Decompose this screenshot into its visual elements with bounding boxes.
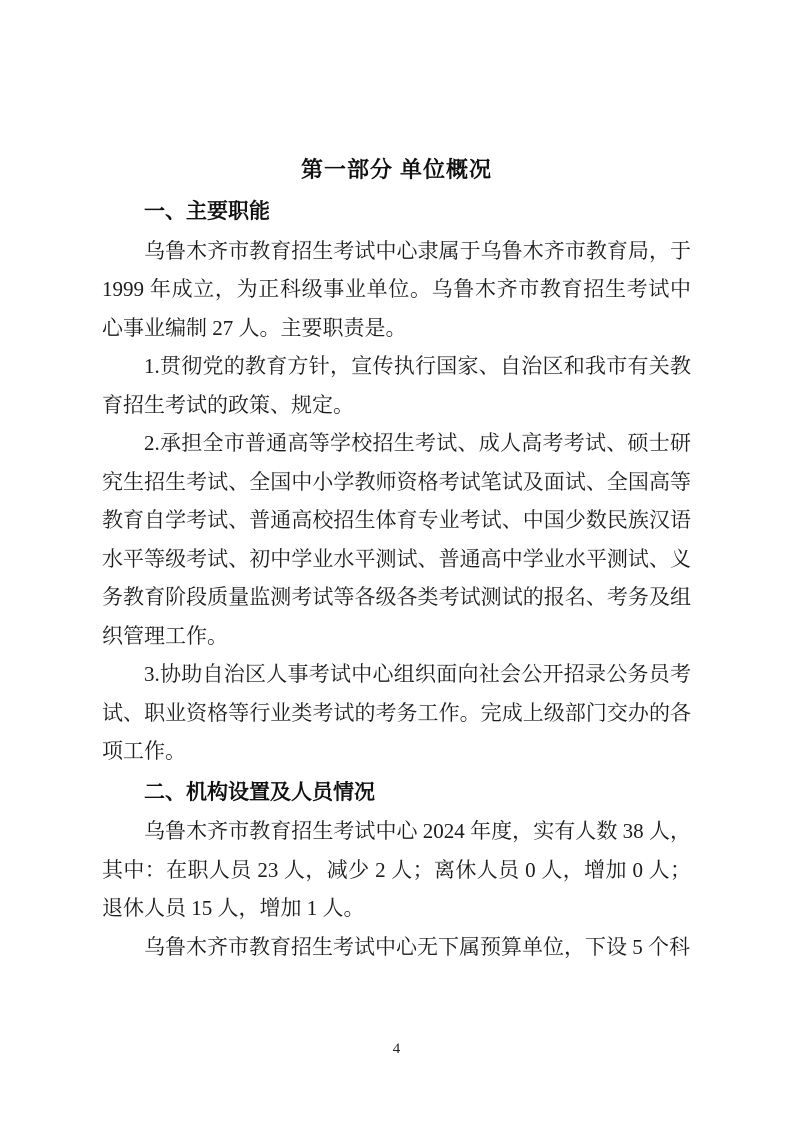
paragraph-duty-2: 2.承担全市普通高等学校招生考试、成人高考考试、硕士研究生招生考试、全国中小学教… bbox=[102, 424, 691, 655]
section-heading-organization-personnel: 二、机构设置及人员情况 bbox=[102, 774, 691, 813]
paragraph-duty-3: 3.协助自治区人事考试中心组织面向社会公开招录公务员考试、职业资格等行业类考试的… bbox=[102, 655, 691, 771]
section-heading-main-functions: 一、主要职能 bbox=[102, 193, 691, 232]
document-page: 第一部分 单位概况 一、主要职能 乌鲁木齐市教育招生考试中心隶属于乌鲁木齐市教育… bbox=[0, 0, 793, 1122]
paragraph-center-intro: 乌鲁木齐市教育招生考试中心隶属于乌鲁木齐市教育局，于 1999 年成立，为正科级… bbox=[102, 232, 691, 348]
document-title: 第一部分 单位概况 bbox=[102, 151, 691, 189]
paragraph-personnel-stats: 乌鲁木齐市教育招生考试中心 2024 年度，实有人数 38 人，其中：在职人员 … bbox=[102, 812, 691, 928]
page-number: 4 bbox=[0, 1040, 793, 1058]
paragraph-duty-1: 1.贯彻党的教育方针，宣传执行国家、自治区和我市有关教育招生考试的政策、规定。 bbox=[102, 347, 691, 424]
paragraph-subordinate-units: 乌鲁木齐市教育招生考试中心无下属预算单位，下设 5 个科 bbox=[102, 928, 691, 967]
